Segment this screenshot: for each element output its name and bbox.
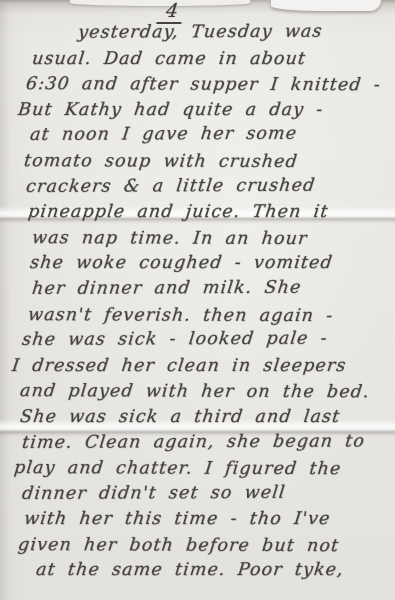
handwritten-line: pineapple and juice. Then it — [4, 200, 394, 226]
letter-body: yesterday, Tuesday was usual. Dad came i… — [6, 21, 393, 584]
handwritten-line: But Kathy had quite a day - — [4, 98, 394, 124]
handwritten-line: with her this time - tho I've — [4, 507, 394, 533]
handwritten-line: tomato soup with crushed — [5, 149, 395, 176]
handwritten-line: at noon I gave her some — [4, 122, 394, 149]
handwritten-line: was nap time. In an hour — [5, 226, 395, 253]
handwritten-line: She was sick a third and last — [4, 405, 394, 431]
handwritten-line: play and chatter. I figured the — [5, 456, 395, 483]
handwritten-line: 6:30 and after supper I knitted - — [5, 72, 395, 99]
handwritten-line: I dressed her clean in sleepers — [4, 354, 394, 380]
handwritten-line: time. Clean again, she began to — [4, 429, 394, 456]
handwritten-line: dinner didn't set so well — [4, 480, 394, 507]
handwritten-line: given her both before but not — [5, 533, 395, 560]
handwritten-line: she woke coughed - vomited — [4, 251, 394, 277]
handwritten-line: yesterday, Tuesday was — [4, 19, 394, 46]
letter-page: 4 yesterday, Tuesday was usual. Dad came… — [0, 0, 395, 600]
handwritten-line: she was sick - looked pale - — [4, 326, 394, 353]
handwritten-line: crackers & a little crushed — [4, 173, 394, 200]
handwritten-line: usual. Dad came in about — [4, 47, 394, 73]
handwritten-line: her dinner and milk. She — [4, 275, 394, 302]
handwritten-line: at the same time. Poor tyke, — [4, 558, 394, 584]
handwritten-line: and played with her on the bed. — [5, 379, 395, 406]
paper-top-right-curl — [271, 0, 381, 11]
handwritten-line: wasn't feverish. then again - — [5, 303, 395, 330]
